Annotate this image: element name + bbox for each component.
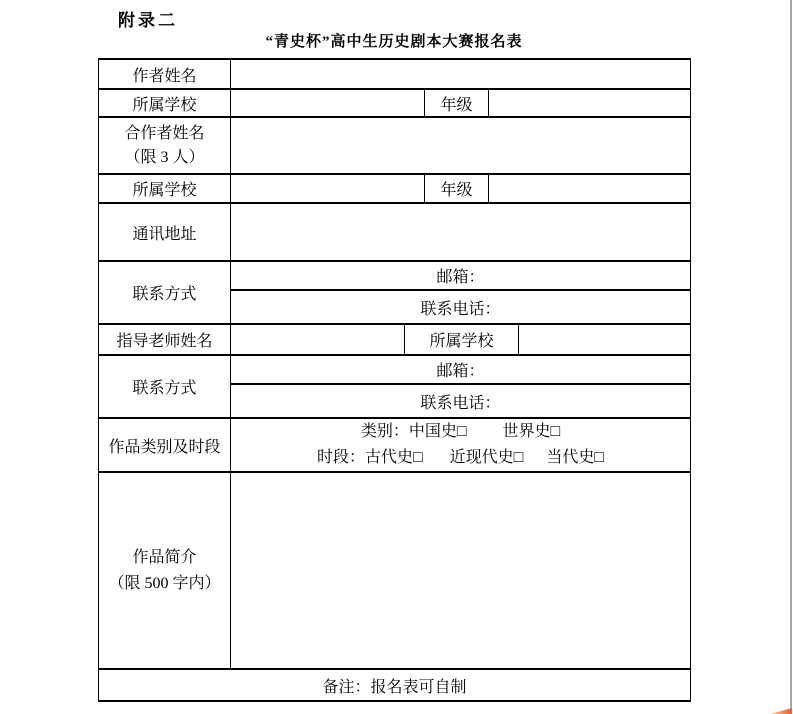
email-label: 邮箱： [436, 269, 484, 286]
author-school-input-cell[interactable] [231, 89, 425, 117]
address-input-cell[interactable] [231, 203, 691, 261]
coauthor-label-line1: 合作者姓名 [101, 122, 228, 146]
advisor-name-input-cell[interactable] [231, 324, 405, 355]
advisor-school-input-cell[interactable] [519, 324, 691, 355]
author-name-input-cell[interactable] [231, 59, 691, 89]
table-row: 所属学校 年级 [99, 174, 691, 203]
advisor-name-label-cell: 指导老师姓名 [99, 324, 231, 355]
table-row: 作品类别及时段 类别：中国史□ 世界史□ 时段：古代史□ 近现代史□ 当代史□ [99, 418, 691, 472]
table-row: 所属学校 年级 [99, 89, 691, 117]
author-email-field-cell[interactable]: 邮箱： [231, 261, 691, 290]
table-row: 联系方式 邮箱： [99, 355, 691, 384]
advisor-email-field-cell[interactable]: 邮箱： [231, 355, 691, 384]
category-option-chinese-history-checkbox[interactable]: 类别：中国史□ [361, 423, 467, 440]
corner-accent-wedge [770, 708, 792, 714]
registration-form-table: 作者姓名 所属学校 年级 合作者姓名 （限 3 人） 所属学校 年级 通讯地址 [98, 58, 691, 702]
table-row: 作品简介 （限 500 字内） [99, 472, 691, 669]
email-label: 邮箱： [436, 363, 484, 380]
summary-input-cell[interactable] [231, 472, 691, 669]
category-line-period: 时段：古代史□ 近现代史□ 当代史□ [233, 445, 688, 471]
advisor-phone-field-cell[interactable]: 联系电话： [231, 384, 691, 418]
author-school-label-cell: 所属学校 [99, 89, 231, 117]
coauthor-school-label-cell: 所属学校 [99, 174, 231, 203]
appendix-heading: 附录二 [118, 6, 178, 31]
category-options-cell: 类别：中国史□ 世界史□ 时段：古代史□ 近现代史□ 当代史□ [231, 418, 691, 472]
table-row: 合作者姓名 （限 3 人） [99, 117, 691, 174]
period-option-modern-history-checkbox[interactable]: 近现代史□ [450, 449, 524, 466]
author-name-label-cell: 作者姓名 [99, 59, 231, 89]
phone-label: 联系电话： [420, 301, 500, 318]
table-row: 联系方式 邮箱： [99, 261, 691, 290]
summary-label-cell: 作品简介 （限 500 字内） [99, 472, 231, 669]
period-option-contemporary-history-checkbox[interactable]: 当代史□ [546, 449, 604, 466]
author-grade-input-cell[interactable] [489, 89, 691, 117]
period-option-ancient-history-checkbox[interactable]: 时段：古代史□ [317, 449, 423, 466]
coauthor-names-input-cell[interactable] [231, 117, 691, 174]
window-edge-line [790, 0, 792, 714]
author-phone-field-cell[interactable]: 联系电话： [231, 290, 691, 324]
advisor-contact-label-cell: 联系方式 [99, 355, 231, 418]
coauthor-label-line2: （限 3 人） [101, 146, 228, 170]
table-row: 备注：报名表可自制 [99, 669, 691, 701]
note-cell: 备注：报名表可自制 [99, 669, 691, 701]
summary-label-line2: （限 500 字内） [101, 571, 228, 597]
category-label-cell: 作品类别及时段 [99, 418, 231, 472]
table-row: 通讯地址 [99, 203, 691, 261]
page-title: “青史杯”高中生历史剧本大赛报名表 [98, 30, 690, 51]
table-row: 作者姓名 [99, 59, 691, 89]
coauthor-grade-input-cell[interactable] [489, 174, 691, 203]
coauthor-names-label-cell: 合作者姓名 （限 3 人） [99, 117, 231, 174]
category-option-world-history-checkbox[interactable]: 世界史□ [503, 423, 561, 440]
summary-label-line1: 作品简介 [101, 545, 228, 571]
category-line-type: 类别：中国史□ 世界史□ [233, 419, 688, 445]
author-grade-label-cell: 年级 [425, 89, 489, 117]
coauthor-school-input-cell[interactable] [231, 174, 425, 203]
advisor-school-label-cell: 所属学校 [405, 324, 519, 355]
address-label-cell: 通讯地址 [99, 203, 231, 261]
author-contact-label-cell: 联系方式 [99, 261, 231, 324]
table-row: 指导老师姓名 所属学校 [99, 324, 691, 355]
coauthor-grade-label-cell: 年级 [425, 174, 489, 203]
phone-label: 联系电话： [420, 395, 500, 412]
